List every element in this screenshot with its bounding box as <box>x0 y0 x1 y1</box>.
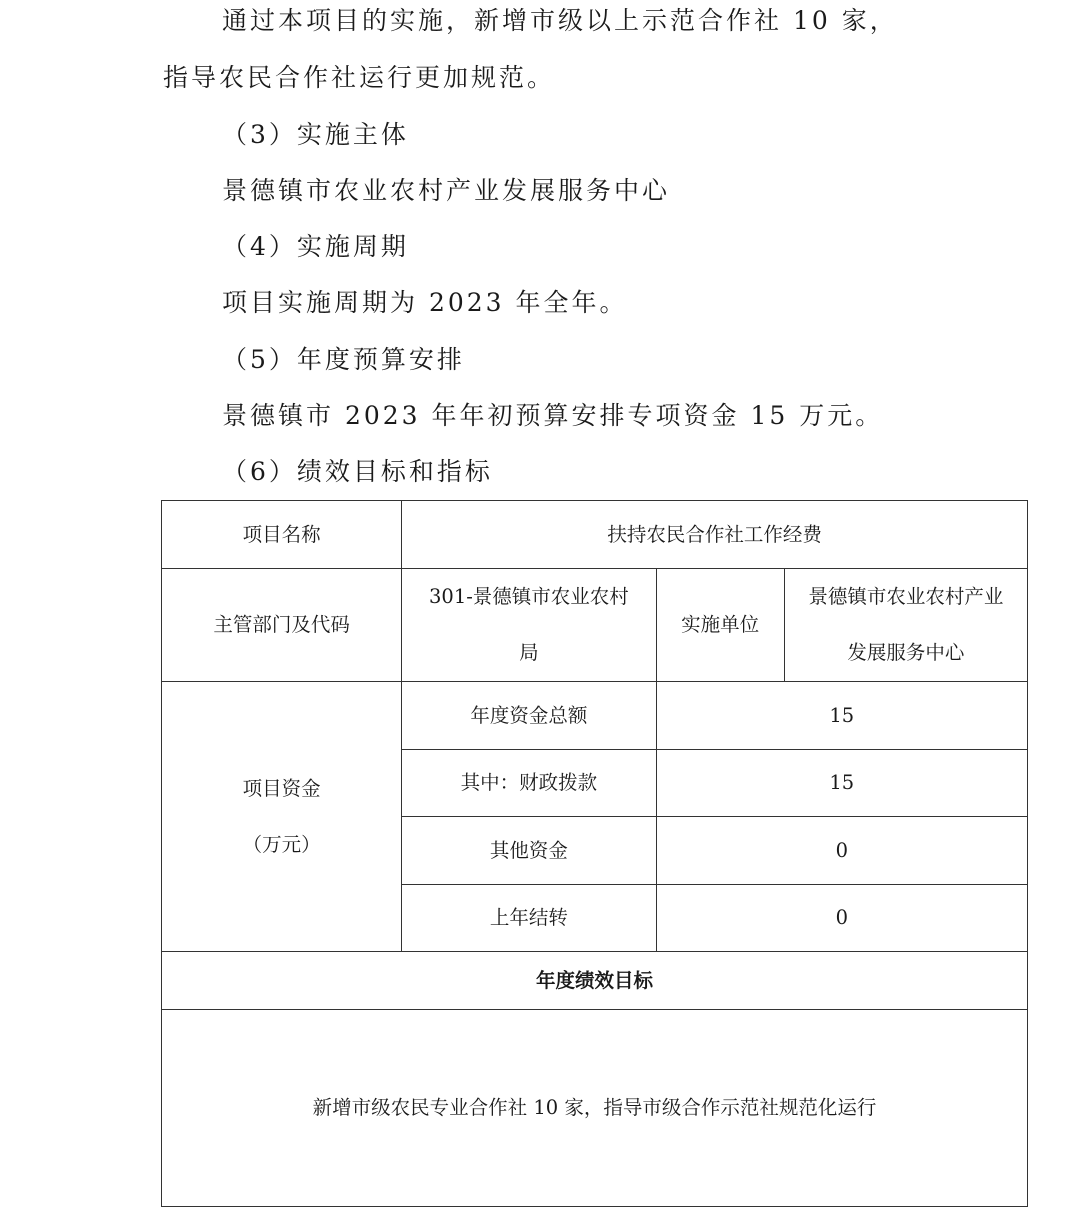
project-name-value: 扶持农民合作社工作经费 <box>402 501 1028 569</box>
table-row: 项目资金 （万元） 年度资金总额 15 <box>162 682 1028 750</box>
fund-item-label: 上年结转 <box>402 885 656 952</box>
fund-item-label: 其中：财政拨款 <box>402 750 656 817</box>
table-row: 新增市级农民专业合作社 10 家，指导市级合作示范社规范化运行 <box>162 1010 1028 1207</box>
fund-item-value: 0 <box>656 885 1027 952</box>
paragraph-implementer: 景德镇市农业农村产业发展服务中心 <box>222 176 670 206</box>
fund-item-value: 0 <box>656 817 1027 885</box>
section-heading-6: （6）绩效目标和指标 <box>222 457 493 487</box>
dept-label: 主管部门及代码 <box>162 569 402 682</box>
goal-text: 新增市级农民专业合作社 10 家，指导市级合作示范社规范化运行 <box>162 1010 1028 1207</box>
impl-unit-label: 实施单位 <box>656 569 784 682</box>
impl-unit-value-line: 景德镇市农业农村产业 <box>785 569 1027 625</box>
fund-item-value: 15 <box>656 682 1027 750</box>
paragraph-budget: 景德镇市 2023 年年初预算安排专项资金 15 万元。 <box>222 401 883 431</box>
table-row: 年度绩效目标 <box>162 952 1028 1010</box>
dept-value: 301-景德镇市农业农村 局 <box>402 569 656 682</box>
section-heading-4: （4）实施周期 <box>222 232 409 262</box>
table-row: 主管部门及代码 301-景德镇市农业农村 局 实施单位 景德镇市农业农村产业 发… <box>162 569 1028 682</box>
table-row: 项目名称 扶持农民合作社工作经费 <box>162 501 1028 569</box>
paragraph-line: 通过本项目的实施，新增市级以上示范合作社 10 家， <box>222 6 898 36</box>
project-name-label: 项目名称 <box>162 501 402 569</box>
funds-label-line: 项目资金 <box>162 761 401 817</box>
fund-item-label: 年度资金总额 <box>402 682 656 750</box>
funds-label-unit: （万元） <box>162 817 401 873</box>
dept-value-line: 301-景德镇市农业农村 <box>402 569 655 625</box>
paragraph-line: 指导农民合作社运行更加规范。 <box>163 63 555 93</box>
funds-label: 项目资金 （万元） <box>162 682 402 952</box>
paragraph-period: 项目实施周期为 2023 年全年。 <box>222 288 628 318</box>
performance-table: 项目名称 扶持农民合作社工作经费 主管部门及代码 301-景德镇市农业农村 局 … <box>161 500 1028 1207</box>
section-heading-3: （3）实施主体 <box>222 120 409 150</box>
fund-item-value: 15 <box>656 750 1027 817</box>
dept-value-line: 局 <box>402 625 655 681</box>
impl-unit-value: 景德镇市农业农村产业 发展服务中心 <box>784 569 1027 682</box>
fund-item-label: 其他资金 <box>402 817 656 885</box>
impl-unit-value-line: 发展服务中心 <box>785 625 1027 681</box>
goal-header: 年度绩效目标 <box>162 952 1028 1010</box>
section-heading-5: （5）年度预算安排 <box>222 345 465 375</box>
